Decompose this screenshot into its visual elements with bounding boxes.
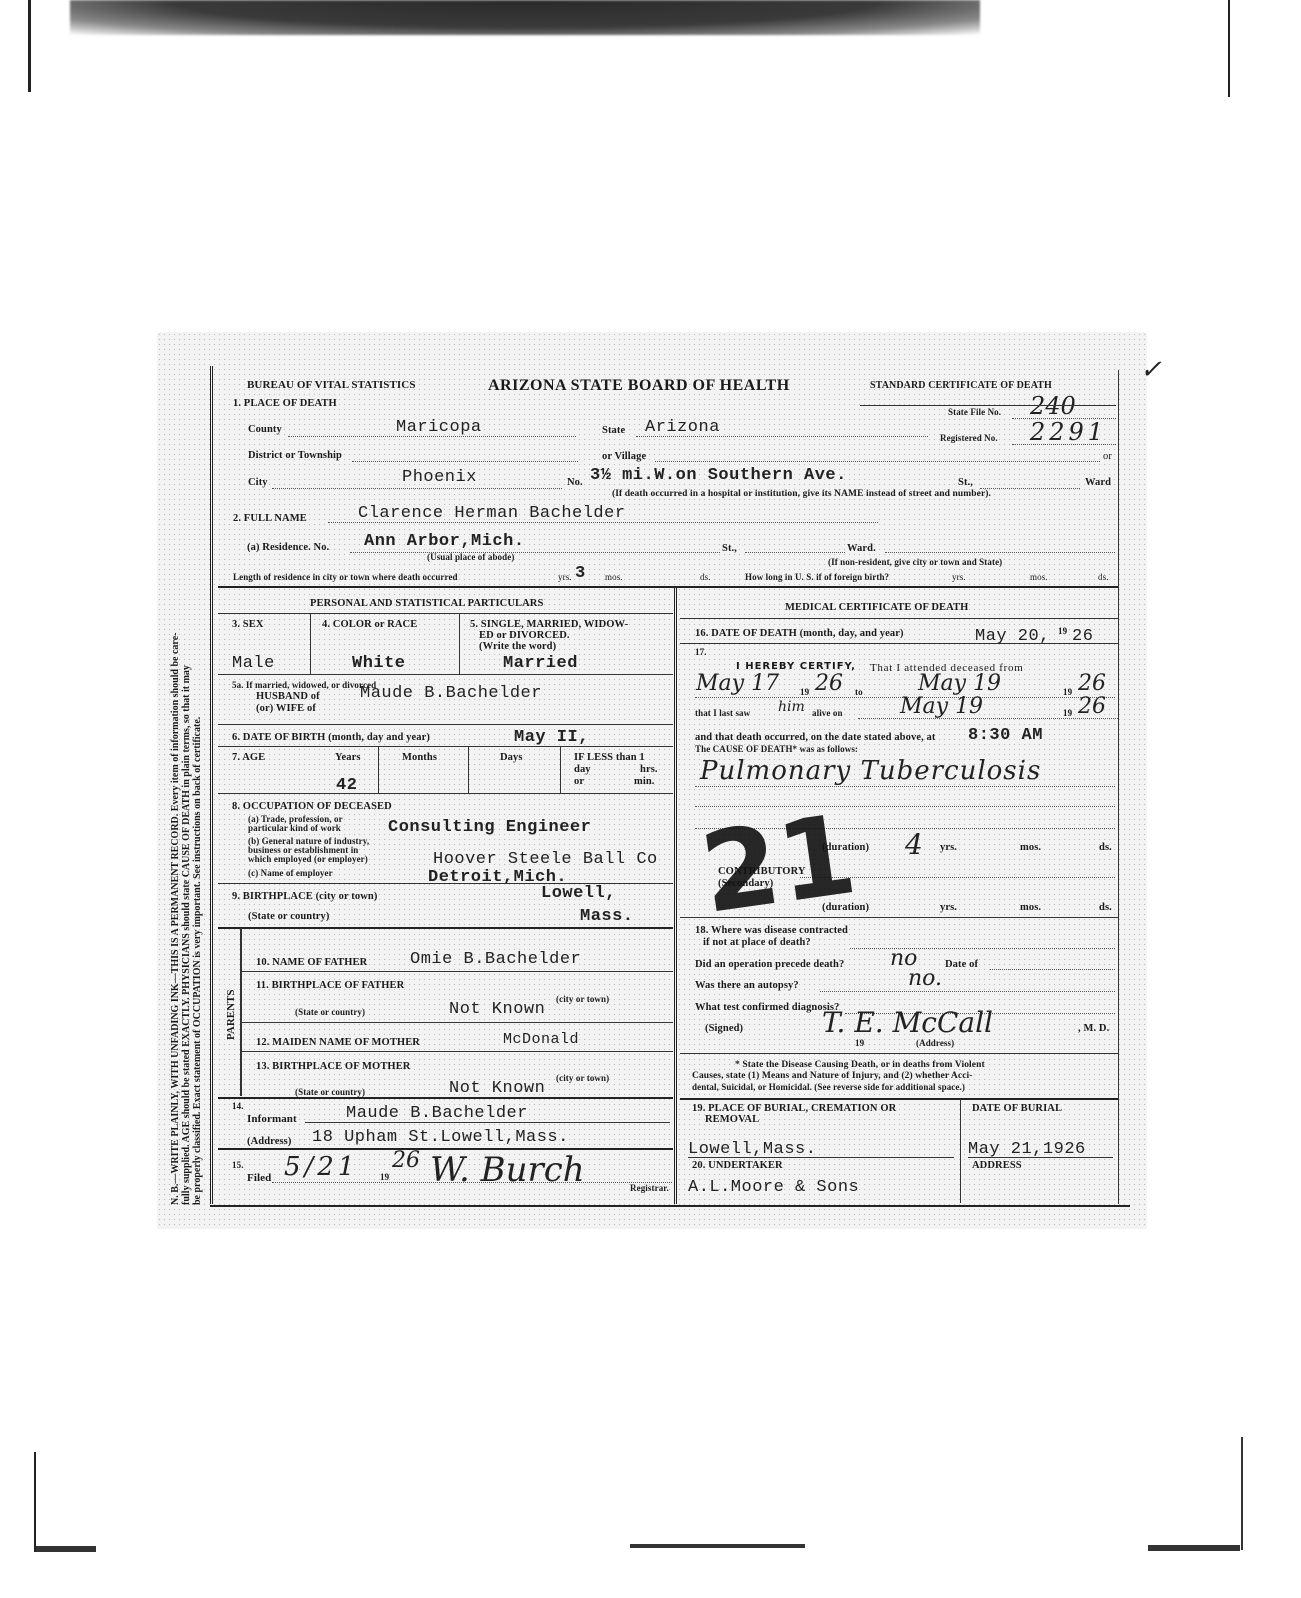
street-st-label: St., (958, 477, 973, 488)
last-saw-label: that I last saw (695, 708, 750, 718)
full-name-value: Clarence Herman Bachelder (358, 504, 626, 523)
length-yrs-label: yrs. (558, 572, 572, 582)
occ-c-label: (c) Name of employer (248, 868, 333, 878)
dotted-rule (272, 1182, 672, 1183)
birthplace-state: Mass. (580, 907, 634, 926)
to-year: 26 (1078, 671, 1106, 696)
father-city-or-town: (city or town) (556, 994, 609, 1004)
informant-address-value: 18 Upham St.Lowell,Mass. (312, 1128, 569, 1147)
less-min-label: min. (634, 776, 655, 787)
mother-maiden-name-label: 12. MAIDEN NAME OF MOTHER (256, 1037, 420, 1048)
burial-place-label-1: 19. PLACE OF BURIAL, CREMATION OR (692, 1103, 896, 1114)
burial-date-label: DATE OF BURIAL (972, 1103, 1062, 1114)
sig-19: 19 (855, 1038, 864, 1048)
mother-birthplace-label: 13. BIRTHPLACE OF MOTHER (256, 1061, 411, 1072)
time-of-death: 8:30 AM (968, 726, 1043, 745)
secondary-mos-label: mos. (1020, 902, 1041, 913)
spouse-value: Maude B.Bachelder (360, 684, 542, 703)
personal-section-label: PERSONAL AND STATISTICAL PARTICULARS (310, 598, 543, 609)
filed-19: 19 (380, 1172, 389, 1182)
rule (218, 793, 673, 794)
rule (680, 618, 1118, 619)
district-label: District or Township (248, 450, 342, 461)
age-label: 7. AGE (232, 752, 265, 763)
rule (218, 613, 673, 614)
county-value: Maricopa (396, 418, 482, 437)
registered-no-label: Registered No. (940, 433, 998, 443)
father-birthplace-label: 11. BIRTHPLACE OF FATHER (256, 980, 404, 991)
rule (218, 674, 673, 675)
birthplace-city: Lowell, (541, 884, 616, 903)
ward-label: Ward (1085, 477, 1111, 488)
section-divider (218, 1097, 673, 1099)
frame-right-edge (1118, 370, 1119, 1204)
date-of-death-label: 16. DATE OF DEATH (month, day, and year) (695, 628, 904, 639)
dotted-rule (858, 718, 1118, 719)
date-of-label: Date of (945, 959, 978, 970)
dob-label: 6. DATE OF BIRTH (month, day and year) (232, 732, 430, 743)
footnote-3: dental, Suicidal, or Homicidal. (See rev… (692, 1082, 965, 1092)
marital-value: Married (503, 654, 578, 673)
mother-state-or-country: (State or country) (295, 1087, 365, 1097)
foreign-ds-label: ds. (1098, 572, 1109, 582)
father-state-or-country: (State or country) (295, 1007, 365, 1017)
parents-divider (240, 928, 242, 1096)
dotted-rule (350, 552, 720, 553)
filed-date: 5/21 (284, 1152, 358, 1182)
rule (860, 405, 1116, 406)
dod-19: 19 (1058, 626, 1067, 636)
dotted-rule (328, 522, 878, 523)
secondary-ds-label: ds. (1099, 902, 1112, 913)
board-title: ARIZONA STATE BOARD OF HEALTH (488, 377, 790, 395)
residence-ward-label: Ward. (847, 543, 876, 554)
dotted-rule (745, 552, 845, 553)
state-file-no-label: State File No. (948, 407, 1001, 417)
rule (218, 724, 673, 725)
registrar-label: Registrar. (630, 1183, 669, 1193)
cell-divider (310, 614, 311, 674)
place-of-death-label: 1. PLACE OF DEATH (233, 398, 337, 409)
rule (242, 1051, 673, 1052)
last-saw-date: May 19 (900, 694, 983, 719)
duration-mos-label: mos. (1020, 842, 1041, 853)
cell-divider (560, 747, 561, 793)
filed-year: 26 (392, 1148, 420, 1173)
rule (680, 1053, 1118, 1054)
saw-19: 19 (1063, 708, 1072, 718)
death-occurred-label: and that death occurred, on the date sta… (695, 732, 935, 743)
burial-place-label-2: REMOVAL (705, 1114, 759, 1125)
secondary-yrs-label: yrs. (940, 902, 957, 913)
sex-label: 3. SEX (232, 619, 264, 630)
city-value: Phoenix (402, 468, 477, 487)
md-label: , M. D. (1078, 1023, 1109, 1034)
dotted-rule (352, 461, 578, 462)
dotted-rule (885, 552, 1115, 553)
informant-address-label: (Address) (247, 1136, 291, 1147)
marital-label-3: (Write the word) (479, 641, 556, 652)
village-label: or Village (602, 451, 646, 462)
if-less-label: IF LESS than 1 (574, 752, 645, 763)
informant-number: 14. (232, 1101, 244, 1111)
cell-divider (378, 747, 379, 793)
registrar-signature: W. Burch (430, 1150, 585, 1190)
scan-smudge (70, 0, 980, 35)
less-day-label: day (574, 764, 591, 775)
scan-mark (630, 1544, 805, 1548)
rule (680, 643, 1118, 644)
residence-st-label: St., (722, 543, 737, 554)
attended-from: May 17 (696, 671, 779, 696)
length-yrs-value: 3 (575, 564, 586, 583)
mother-maiden-name-value: McDonald (503, 1031, 579, 1048)
informant-label: Informant (247, 1113, 297, 1125)
rule (688, 1157, 954, 1158)
full-name-label: 2. FULL NAME (233, 513, 307, 524)
months-label: Months (402, 752, 437, 763)
bottom-rule (210, 1205, 1130, 1207)
filed-number: 15. (232, 1160, 244, 1170)
length-ds-label: ds. (700, 572, 711, 582)
or-label: or (1103, 451, 1112, 462)
occ-b-label-3: which employed (or employer) (248, 854, 368, 864)
less-hrs-label: hrs. (640, 764, 658, 775)
spouse-label-3: (or) WIFE of (256, 703, 316, 714)
duration-yrs: 4 (905, 828, 923, 861)
mother-birthplace-value: Not Known (449, 1079, 545, 1098)
scan-edge-bottom-right (1241, 1437, 1243, 1550)
q18-label-1: 18. Where was disease contracted (695, 925, 848, 936)
certificate-type: STANDARD CERTIFICATE OF DEATH (870, 380, 1052, 391)
days-label: Days (500, 752, 523, 763)
margin-note-line-3: be properly classified. Exact statement … (192, 365, 203, 1205)
state-value: Arizona (645, 418, 720, 437)
signed-label: (Signed) (705, 1023, 743, 1034)
street-value: 3½ mi.W.on Southern Ave. (590, 466, 847, 485)
filed-label: Filed (247, 1172, 271, 1184)
burial-address-label: ADDRESS (972, 1160, 1022, 1171)
footnote-1: * State the Disease Causing Death, or in… (735, 1060, 985, 1070)
marital-label-1: 5. SINGLE, MARRIED, WIDOW- (470, 619, 628, 630)
footnote-2: Causes, state (1) Means and Nature of In… (692, 1071, 973, 1081)
father-name-value: Omie B.Bachelder (410, 950, 581, 969)
registered-no: 2291 (1030, 418, 1107, 446)
item-17: 17. (695, 647, 707, 657)
dotted-rule (820, 991, 1115, 992)
dotted-rule (272, 488, 562, 489)
birthplace-label: 9. BIRTHPLACE (city or town) (232, 891, 377, 902)
scan-mark (1148, 1545, 1240, 1551)
occ-b-value: Hoover Steele Ball Co (433, 850, 658, 869)
section-divider (218, 927, 673, 929)
cell-divider (459, 614, 460, 674)
abode-note: (Usual place of abode) (427, 552, 514, 562)
father-birthplace-value: Not Known (449, 1000, 545, 1019)
dotted-rule (288, 436, 576, 437)
to-label: to (855, 687, 863, 697)
residence-value: Ann Arbor,Mich. (364, 532, 525, 551)
spouse-label-2: HUSBAND of (256, 691, 320, 702)
father-name-label: 10. NAME OF FATHER (256, 957, 367, 968)
cause-of-death: Pulmonary Tuberculosis (700, 756, 1041, 786)
q18-label-2: if not at place of death? (703, 937, 811, 948)
rule (968, 1157, 1113, 1158)
scan-edge-bottom-left (34, 1452, 36, 1552)
rule (242, 971, 673, 972)
autopsy-label: Was there an autopsy? (695, 980, 799, 991)
race-label: 4. COLOR or RACE (322, 619, 417, 630)
rule (305, 1122, 670, 1123)
undertaker-value: A.L.Moore & Sons (688, 1178, 859, 1197)
occ-a-value: Consulting Engineer (388, 818, 591, 837)
years-label: Years (335, 752, 361, 763)
dotted-rule (636, 436, 928, 437)
physician-signature: T. E. McCall (822, 1006, 993, 1039)
medical-section-label: MEDICAL CERTIFICATE OF DEATH (785, 602, 968, 613)
city-label: City (248, 477, 268, 488)
nonresident-note: (If non-resident, give city or town and … (828, 557, 1002, 567)
state-file-no: 240 (1030, 392, 1076, 420)
attended-to: May 19 (918, 671, 1001, 696)
informant-value: Maude B.Bachelder (346, 1104, 528, 1123)
marital-label-2: ED or DIVORCED. (479, 630, 570, 641)
dotted-rule (980, 488, 1080, 489)
occ-a-label-2: particular kind of work (248, 823, 341, 833)
occupation-label: 8. OCCUPATION OF DECEASED (232, 801, 392, 812)
saw-year: 26 (1078, 694, 1106, 719)
hospital-note: (If death occurred in a hospital or inst… (612, 489, 991, 499)
from-19: 19 (800, 687, 809, 697)
cell-divider (960, 1099, 961, 1203)
residence-label: (a) Residence. No. (247, 542, 329, 553)
check-mark: ✓ (1140, 355, 1162, 385)
scan-mark (36, 1546, 96, 1552)
race-value: White (352, 654, 406, 673)
bureau-label: BUREAU OF VITAL STATISTICS (247, 379, 416, 391)
section-divider (680, 1098, 1118, 1100)
foreign-birth-label: How long in U. S. if of foreign birth? (745, 572, 889, 582)
operation-label: Did an operation precede death? (695, 959, 844, 970)
mother-city-or-town: (city or town) (556, 1073, 609, 1083)
county-label: County (248, 424, 282, 435)
test-confirmed-label: What test confirmed diagnosis? (695, 1002, 839, 1013)
cell-divider (468, 747, 469, 793)
less-or-label: or (574, 776, 584, 787)
dotted-rule (655, 461, 1100, 462)
birthplace-state-label: (State or country) (248, 911, 330, 922)
column-divider (674, 588, 677, 1204)
foreign-yrs-label: yrs. (952, 572, 966, 582)
dotted-rule (1012, 444, 1116, 445)
parents-side-label: PARENTS (226, 989, 237, 1040)
dotted-rule (990, 969, 1115, 970)
spouse-label-1: 5a. If married, widowed, or divorced (232, 680, 376, 690)
dob-value: May II, (514, 728, 589, 747)
rule (242, 1022, 673, 1023)
to-19: 19 (1063, 687, 1072, 697)
from-year: 26 (815, 671, 843, 696)
rule (218, 746, 673, 747)
cause-label: The CAUSE OF DEATH* was as follows: (695, 744, 858, 754)
alive-on-label: alive on (812, 708, 843, 718)
state-label: State (602, 425, 625, 436)
scan-edge-right (1228, 0, 1230, 97)
dotted-rule (695, 786, 1115, 787)
foreign-mos-label: mos. (1030, 572, 1048, 582)
margin-instructions: N. B.—WRITE PLAINLY, WITH UNFADING INK—T… (170, 365, 203, 1205)
sig-address-label: (Address) (916, 1038, 954, 1048)
street-no-label: No. (567, 477, 583, 488)
sex-value: Male (232, 654, 275, 673)
stamp-number: 21 (694, 790, 863, 938)
section-divider (218, 586, 1118, 588)
margin-note-line-2: fully supplied. AGE should be stated EXA… (181, 365, 192, 1205)
duration-ds-label: ds. (1099, 842, 1112, 853)
margin-note-line-1: N. B.—WRITE PLAINLY, WITH UNFADING INK—T… (170, 365, 181, 1205)
last-saw-pronoun: him (778, 699, 805, 715)
scan-edge-left (28, 0, 31, 92)
length-of-residence-label: Length of residence in city or town wher… (233, 572, 458, 582)
length-mos-label: mos. (605, 572, 623, 582)
autopsy-value: no. (908, 966, 942, 991)
duration-yrs-label: yrs. (940, 842, 957, 853)
undertaker-label: 20. UNDERTAKER (692, 1160, 783, 1171)
